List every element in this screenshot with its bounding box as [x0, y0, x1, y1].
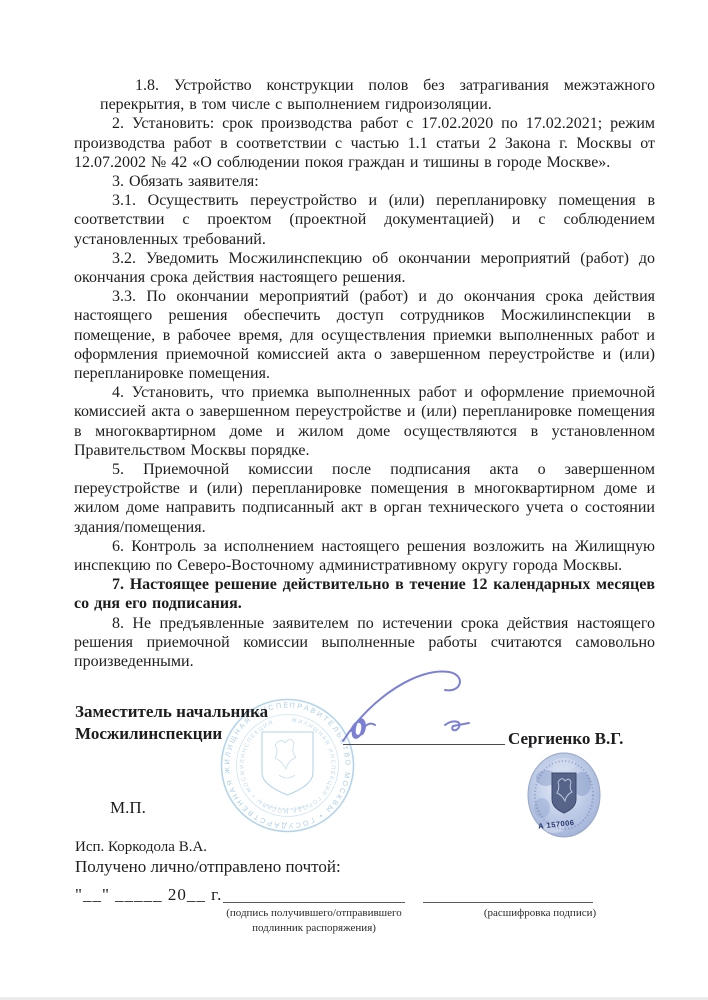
- stamp-shield-icon: [262, 732, 313, 795]
- paragraph-3-2: 3.2. Уведомить Мосжилинспекцию об оконча…: [74, 249, 655, 287]
- document-body: 1.8. Устройство конструкции полов без за…: [74, 76, 655, 671]
- received-label: Получено лично/отправлено почтой:: [75, 857, 341, 877]
- executor-name: Исп. Коркодола В.А.: [75, 839, 207, 856]
- transcript-line-caption: (расшифровка подписи): [445, 906, 635, 921]
- paragraph-5: 5. Приемочной комиссии после подписания …: [74, 460, 655, 537]
- mp-label: М.П.: [110, 798, 146, 818]
- paragraph-3-3: 3.3. По окончании мероприятий (работ) и …: [74, 287, 655, 383]
- signer-title-line1: Заместитель начальника: [75, 701, 268, 723]
- hologram-seal: А 157006: [524, 750, 604, 840]
- paragraph-2: 2. Установить: срок производства работ с…: [74, 114, 655, 172]
- signature-line-caption-line2: подлинник распоряжения): [215, 921, 413, 936]
- paragraph-4: 4. Установить, что приемка выполненных р…: [74, 383, 655, 460]
- signature-line-caption-line1: (подпись получившего/отправившего: [215, 906, 413, 921]
- signature-line: [343, 729, 505, 745]
- date-blank: "__" _____ 20__ г.: [75, 885, 222, 905]
- signature-line-caption: (подпись получившего/отправившего подлин…: [215, 906, 413, 935]
- hologram-shield-icon: [552, 773, 576, 813]
- paragraph-1-8: 1.8. Устройство конструкции полов без за…: [74, 76, 655, 114]
- paragraph-3: 3. Обязать заявителя:: [74, 172, 655, 191]
- signer-title: Заместитель начальника Мосжилинспекции: [75, 701, 268, 745]
- document-page: 1.8. Устройство конструкции полов без за…: [0, 0, 708, 1000]
- signer-name: Сергиенко В.Г.: [508, 729, 623, 749]
- paragraph-7: 7. Настоящее решение действительно в теч…: [74, 575, 655, 613]
- transcript-blank-line: [423, 888, 593, 903]
- paragraph-3-1: 3.1. Осуществить переустройство и (или) …: [74, 191, 655, 249]
- signature-blank-line: [223, 888, 405, 903]
- paragraph-6: 6. Контроль за исполнением настоящего ре…: [74, 537, 655, 575]
- signer-title-line2: Мосжилинспекции: [75, 723, 268, 745]
